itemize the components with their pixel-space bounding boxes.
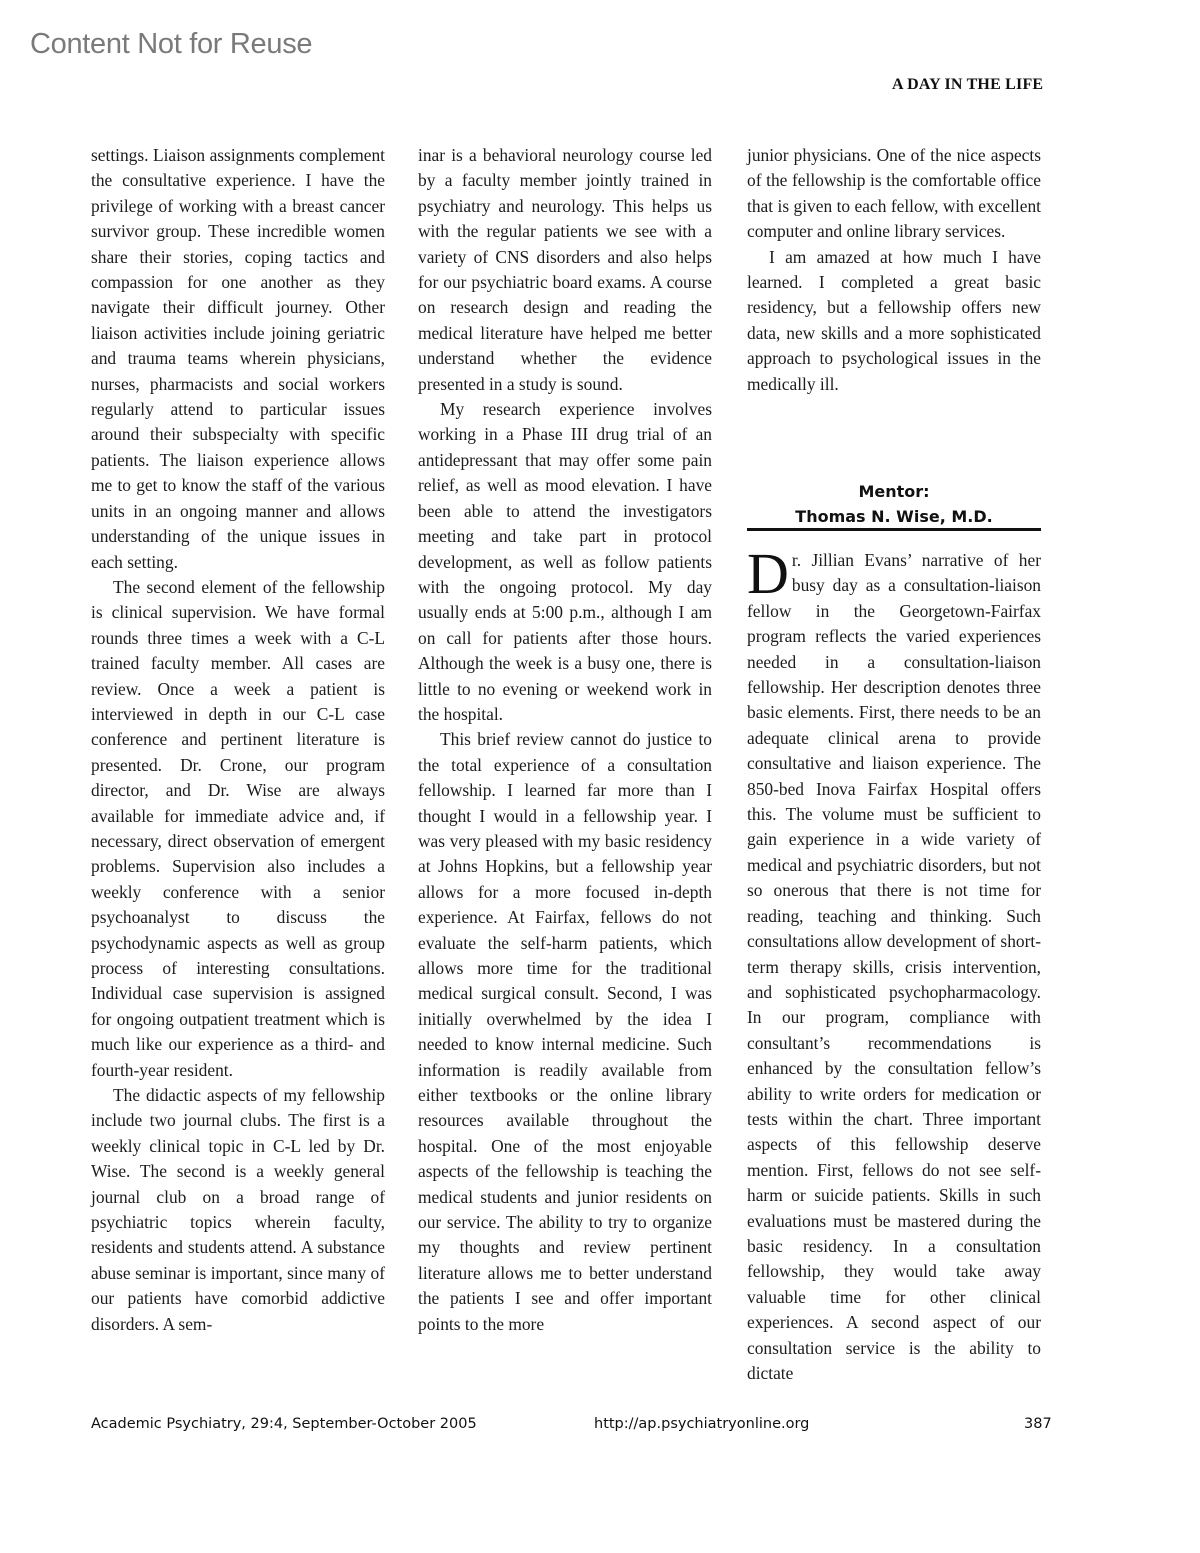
paragraph: settings. Liaison assignments complement…	[91, 143, 385, 575]
paragraph: The second element of the fellowship is …	[91, 575, 385, 1083]
mentor-label: Mentor:	[747, 479, 1041, 504]
column-3: junior physicians. One of the nice aspec…	[747, 143, 1041, 397]
mentor-commentary: Dr. Jillian Evans’ narrative of her busy…	[747, 548, 1041, 1386]
paragraph: junior physicians. One of the nice aspec…	[747, 143, 1041, 245]
mentor-heading: Mentor: Thomas N. Wise, M.D.	[747, 479, 1041, 529]
paragraph: This brief review cannot do justice to t…	[418, 727, 712, 1337]
mentor-paragraph-text: r. Jillian Evans’ narrative of her busy …	[747, 550, 1041, 1383]
column-1: settings. Liaison assignments complement…	[91, 143, 385, 1337]
mentor-divider	[747, 528, 1041, 531]
mentor-paragraph: Dr. Jillian Evans’ narrative of her busy…	[747, 548, 1041, 1386]
footer-citation: Academic Psychiatry, 29:4, September-Oct…	[91, 1416, 477, 1432]
mentor-name: Thomas N. Wise, M.D.	[747, 504, 1041, 529]
watermark: Content Not for Reuse	[30, 28, 312, 61]
footer-url[interactable]: http://ap.psychiatryonline.org	[594, 1416, 809, 1432]
paragraph: The didactic aspects of my fellowship in…	[91, 1083, 385, 1337]
paragraph: My research experience involves working …	[418, 397, 712, 727]
page-number: 387	[1024, 1416, 1052, 1432]
column-2: inar is a behavioral neurology course le…	[418, 143, 712, 1337]
running-head: A DAY IN THE LIFE	[892, 76, 1043, 94]
paragraph: I am amazed at how much I have learned. …	[747, 245, 1041, 397]
paragraph: inar is a behavioral neurology course le…	[418, 143, 712, 397]
drop-cap: D	[747, 552, 789, 598]
